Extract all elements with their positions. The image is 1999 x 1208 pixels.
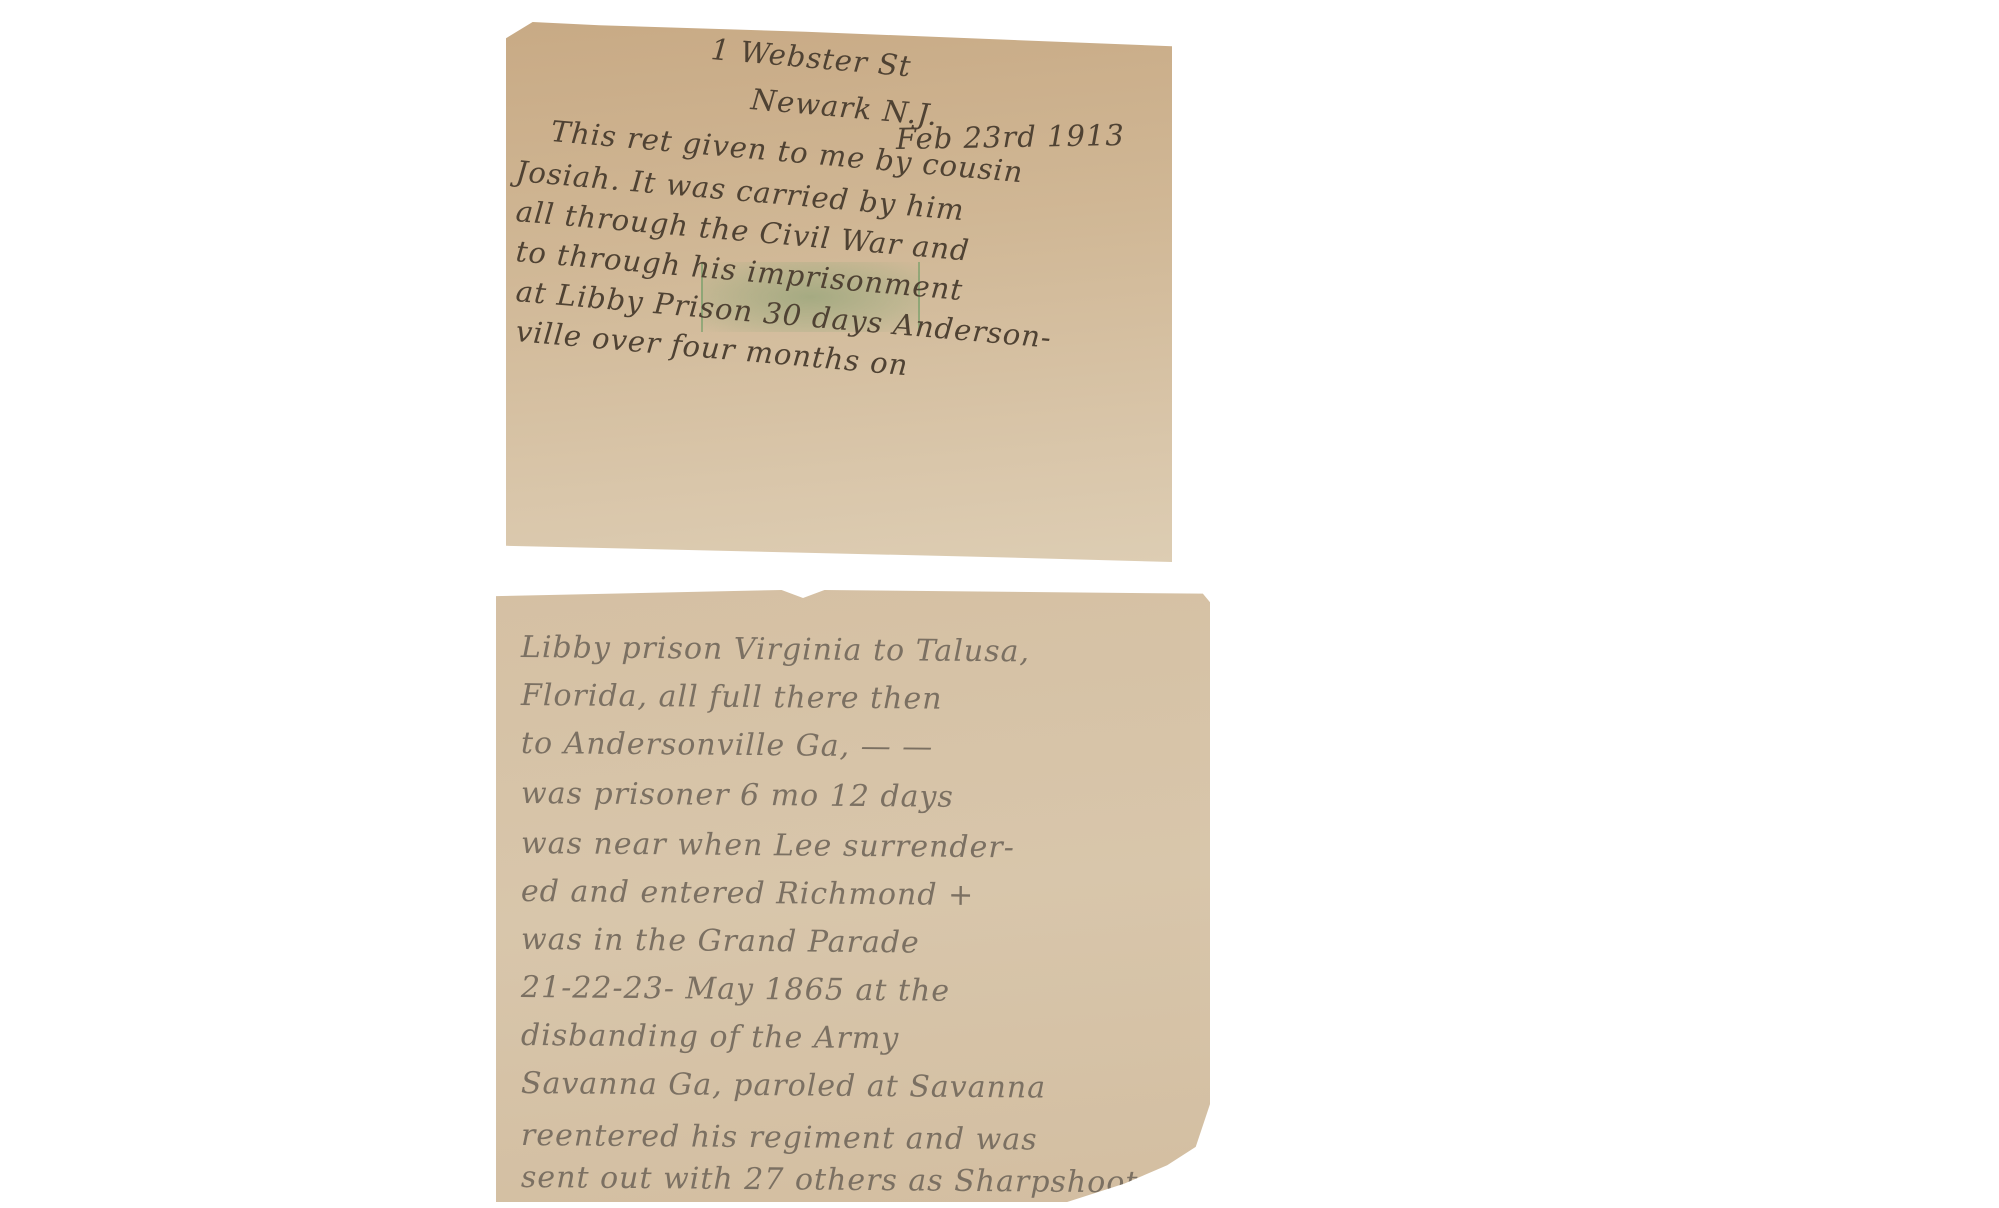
letter-line: to Andersonville Ga, — — [521,726,933,765]
letter-line: was in the Grand Parade [521,922,920,960]
letter-page-1: 1 Webster St Newark N.J. Feb 23rd 1913 T… [506,22,1172,562]
letter-line: Florida, all full there then [521,678,943,717]
letter-page-2: Libby prison Virginia to Talusa, Florida… [496,590,1210,1202]
letter-line: was near when Lee surrender- [521,826,1015,865]
letter-line: ed and entered Richmond + [521,874,974,913]
address-line-1: 1 Webster St [710,32,913,83]
letter-line: reentered his regiment and was [521,1118,1038,1158]
letter-line: 21-22-23- May 1865 at the [521,970,950,1009]
letter-line: was prisoner 6 mo 12 days [521,776,954,815]
letter-line: Libby prison Virginia to Talusa, [521,630,1030,669]
letter-line: sent out with 27 others as Sharpshooters [521,1160,1189,1201]
letter-line: disbanding of the Army [521,1018,900,1056]
letter-line: Savanna Ga, paroled at Savanna [521,1066,1046,1106]
